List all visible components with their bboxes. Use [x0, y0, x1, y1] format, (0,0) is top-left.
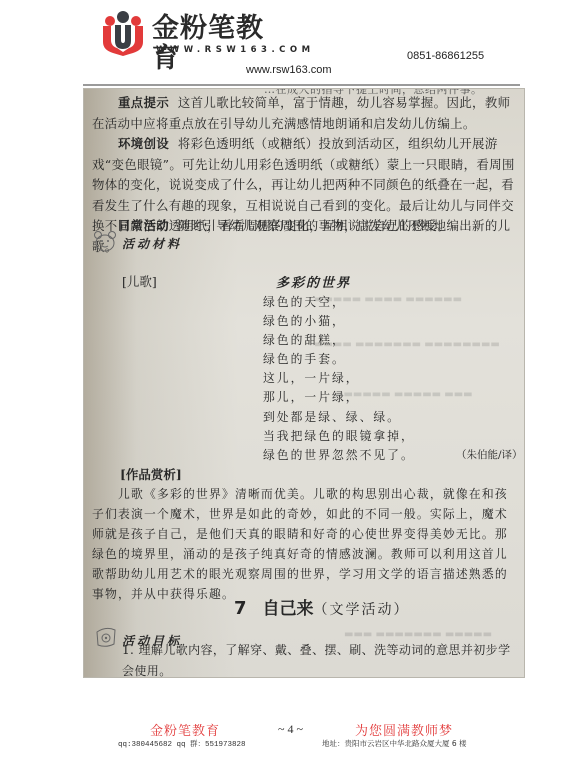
- environment-label: 环境创设: [118, 136, 169, 151]
- footer-address: 地址：贵阳市云岩区中华北路众厦大厦 6 楼: [322, 738, 467, 749]
- poem-tag: [儿歌]: [122, 272, 157, 290]
- bear-face-icon: [93, 230, 117, 252]
- scanned-page-photo: ▬▬▬▬▬ ▬▬▬▬ ▬▬▬▬▬▬ ▬▬▬▬ ▬▬▬▬▬▬▬ ▬▬▬▬▬▬▬▬ …: [84, 89, 524, 677]
- poem-line: 绿色的小猫，: [263, 312, 415, 331]
- poem-line: 绿色的天空，: [263, 293, 415, 312]
- poem-line: 那儿，一片绿，: [263, 388, 415, 407]
- appreciation-tag: [作品赏析]: [120, 465, 182, 483]
- poem-line: 这儿，一片绿，: [263, 369, 415, 388]
- logo-mark-icon: [100, 10, 146, 56]
- materials-heading: 活动材料: [122, 235, 182, 252]
- poem-title: 多彩的世界: [276, 272, 351, 291]
- header-website[interactable]: www.rsw163.com: [246, 64, 332, 76]
- activity-badge-icon: [94, 626, 118, 648]
- bleed-through-text: ▬▬▬ ▬▬▬▬▬▬▬ ▬▬▬▬▬: [344, 629, 492, 640]
- poem-credit: （朱伯能/译）: [456, 447, 523, 462]
- footer-brand: 金粉笔教育: [150, 720, 220, 739]
- poem-line: 当我把绿色的眼镜拿掉，: [263, 427, 415, 446]
- poem-body: 绿色的天空， 绿色的小猫， 绿色的甜糕， 绿色的手套。 这儿，一片绿， 那儿，一…: [263, 293, 415, 465]
- key-tip-paragraph: 重点提示 这首儿歌比较简单，富于情趣，幼儿容易掌握。因此，教师在活动中应将重点放…: [92, 93, 516, 134]
- lesson-name: 自己来: [263, 599, 314, 619]
- poem-line: 绿色的手套。: [263, 350, 415, 369]
- lesson-type: （文学活动）: [314, 602, 410, 618]
- goals-list: 1. 理解儿歌内容，了解穿、戴、叠、摆、刷、洗等动词的意思并初步学会使用。 2.…: [122, 640, 522, 677]
- poem-line: 到处都是绿、绿、绿。: [263, 408, 415, 427]
- brand-url: WWW.RSW163.COM: [156, 45, 315, 55]
- brand-logo: 金粉笔教育 WWW.RSW163.COM: [100, 10, 270, 56]
- poem-line: 绿色的甜糕，: [263, 331, 415, 350]
- lesson-title: 7自己来（文学活动）: [234, 594, 410, 619]
- footer-slogan: 为您圆满教师梦: [355, 720, 453, 739]
- key-tip-label: 重点提示: [118, 95, 169, 110]
- poem-line: 绿色的世界忽然不见了。: [263, 446, 415, 465]
- lesson-number: 7: [234, 598, 247, 619]
- goal-item: 1. 理解儿歌内容，了解穿、戴、叠、摆、刷、洗等动词的意思并初步学会使用。: [122, 640, 522, 677]
- daily-label: 日常活动: [118, 218, 169, 233]
- header-divider: [83, 84, 520, 86]
- footer-qq: qq:380445682 qq 群：551973828: [118, 738, 246, 749]
- appreciation-text: 儿歌《多彩的世界》清晰而优美。儿歌的构思别出心裁，就像在和孩子们表演一个魔术，世…: [92, 484, 516, 604]
- header-phone: 0851-86861255: [407, 50, 484, 62]
- page-number: ~ 4 ~: [278, 722, 303, 737]
